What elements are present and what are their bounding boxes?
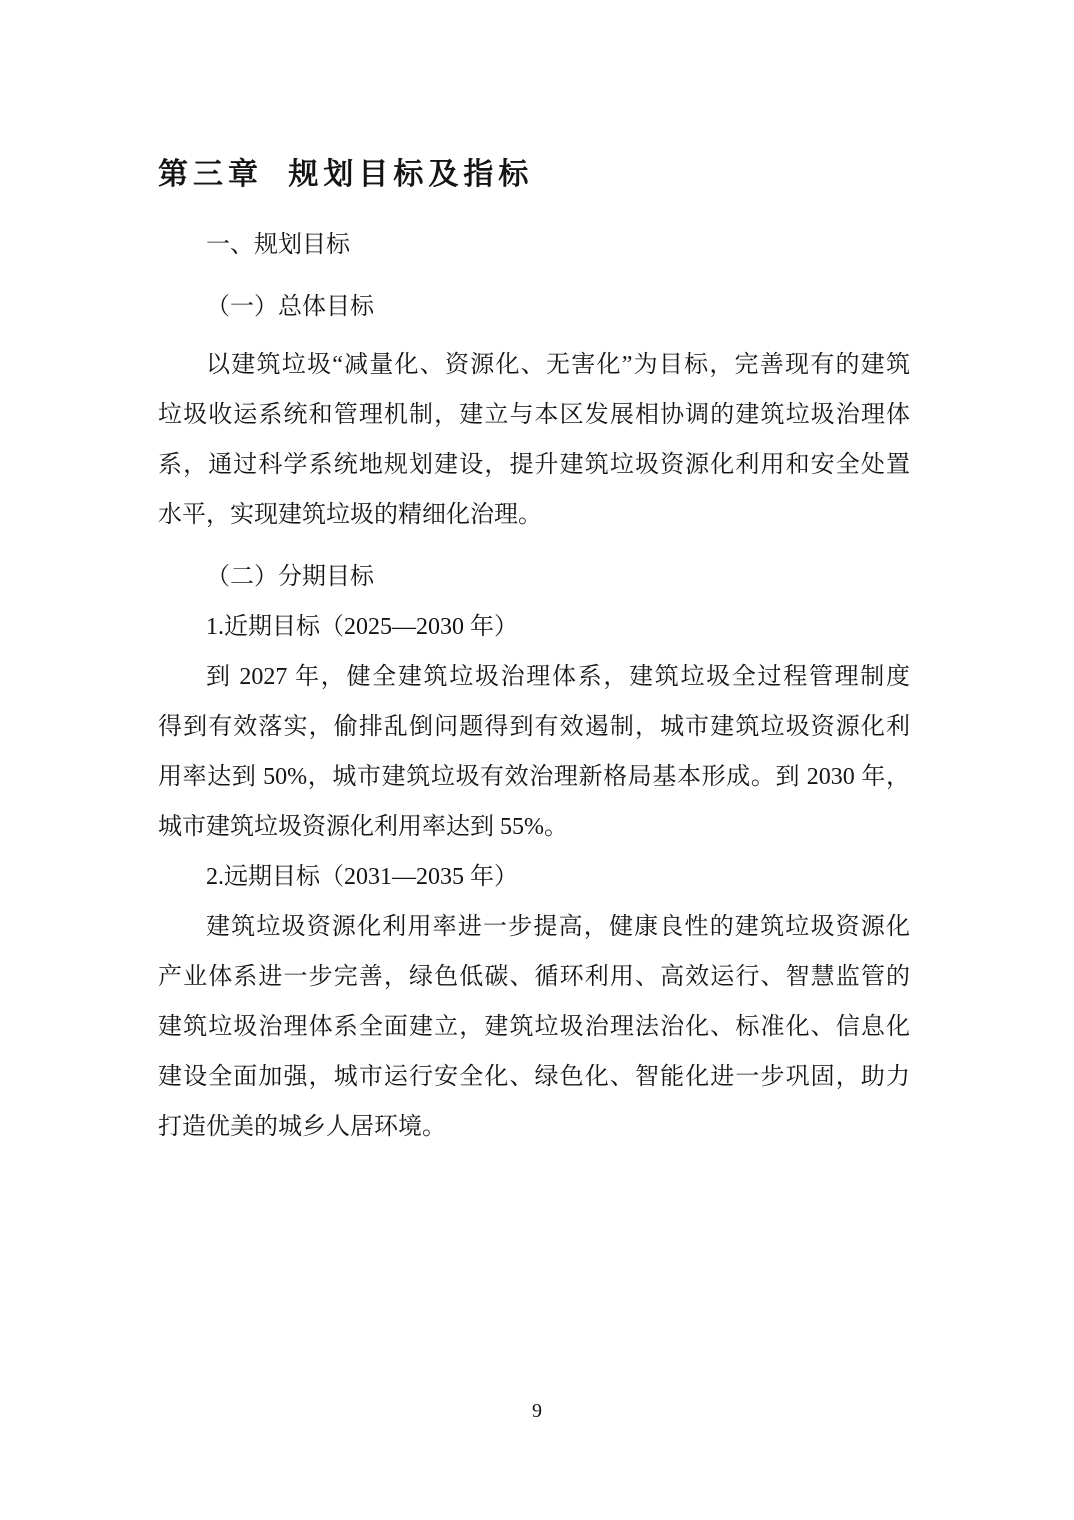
page-number: 9 xyxy=(0,1400,1074,1423)
heading-long-term-goal: 2.远期目标（2031—2035 年） xyxy=(158,852,910,902)
paragraph-long-term-goal: 建筑垃圾资源化利用率进一步提高，健康良性的建筑垃圾资源化 产业体系进一步完善，绿… xyxy=(158,902,910,1152)
paragraph-overall-goal: 以建筑垃圾“减量化、资源化、无害化”为目标，完善现有的建筑 垃圾收运系统和管理机… xyxy=(158,340,910,540)
paragraph-near-term-goal: 到 2027 年，健全建筑垃圾治理体系，建筑垃圾全过程管理制度 得到有效落实，偷… xyxy=(158,652,910,852)
text-line: 城市建筑垃圾资源化利用率达到 55%。 xyxy=(158,802,910,852)
text-line: 用率达到 50%，城市建筑垃圾有效治理新格局基本形成。到 2030 年， xyxy=(158,752,910,802)
heading-overall-goal: （一）总体目标 xyxy=(158,282,910,332)
text-line: 建筑垃圾资源化利用率进一步提高，健康良性的建筑垃圾资源化 xyxy=(158,902,910,952)
text-line: 水平，实现建筑垃圾的精细化治理。 xyxy=(158,490,910,540)
text-line: 垃圾收运系统和管理机制，建立与本区发展相协调的建筑垃圾治理体 xyxy=(158,390,910,440)
text-line: 产业体系进一步完善，绿色低碳、循环利用、高效运行、智慧监管的 xyxy=(158,952,910,1002)
chapter-title: 第三章 规划目标及指标 xyxy=(158,150,910,200)
text-line: 系，通过科学系统地规划建设，提升建筑垃圾资源化利用和安全处置 xyxy=(158,440,910,490)
heading-planning-goals: 一、规划目标 xyxy=(158,220,910,270)
text-line: 以建筑垃圾“减量化、资源化、无害化”为目标，完善现有的建筑 xyxy=(158,340,910,390)
document-page: 第三章 规划目标及指标 一、规划目标 （一）总体目标 以建筑垃圾“减量化、资源化… xyxy=(0,0,1074,1520)
text-line: 建筑垃圾治理体系全面建立，建筑垃圾治理法治化、标准化、信息化 xyxy=(158,1002,910,1052)
text-line: 到 2027 年，健全建筑垃圾治理体系，建筑垃圾全过程管理制度 xyxy=(158,652,910,702)
text-line: 打造优美的城乡人居环境。 xyxy=(158,1102,910,1152)
heading-phased-goal: （二）分期目标 xyxy=(158,552,910,602)
text-line: 得到有效落实，偷排乱倒问题得到有效遏制，城市建筑垃圾资源化利 xyxy=(158,702,910,752)
heading-near-term-goal: 1.近期目标（2025—2030 年） xyxy=(158,602,910,652)
text-line: 建设全面加强，城市运行安全化、绿色化、智能化进一步巩固，助力 xyxy=(158,1052,910,1102)
